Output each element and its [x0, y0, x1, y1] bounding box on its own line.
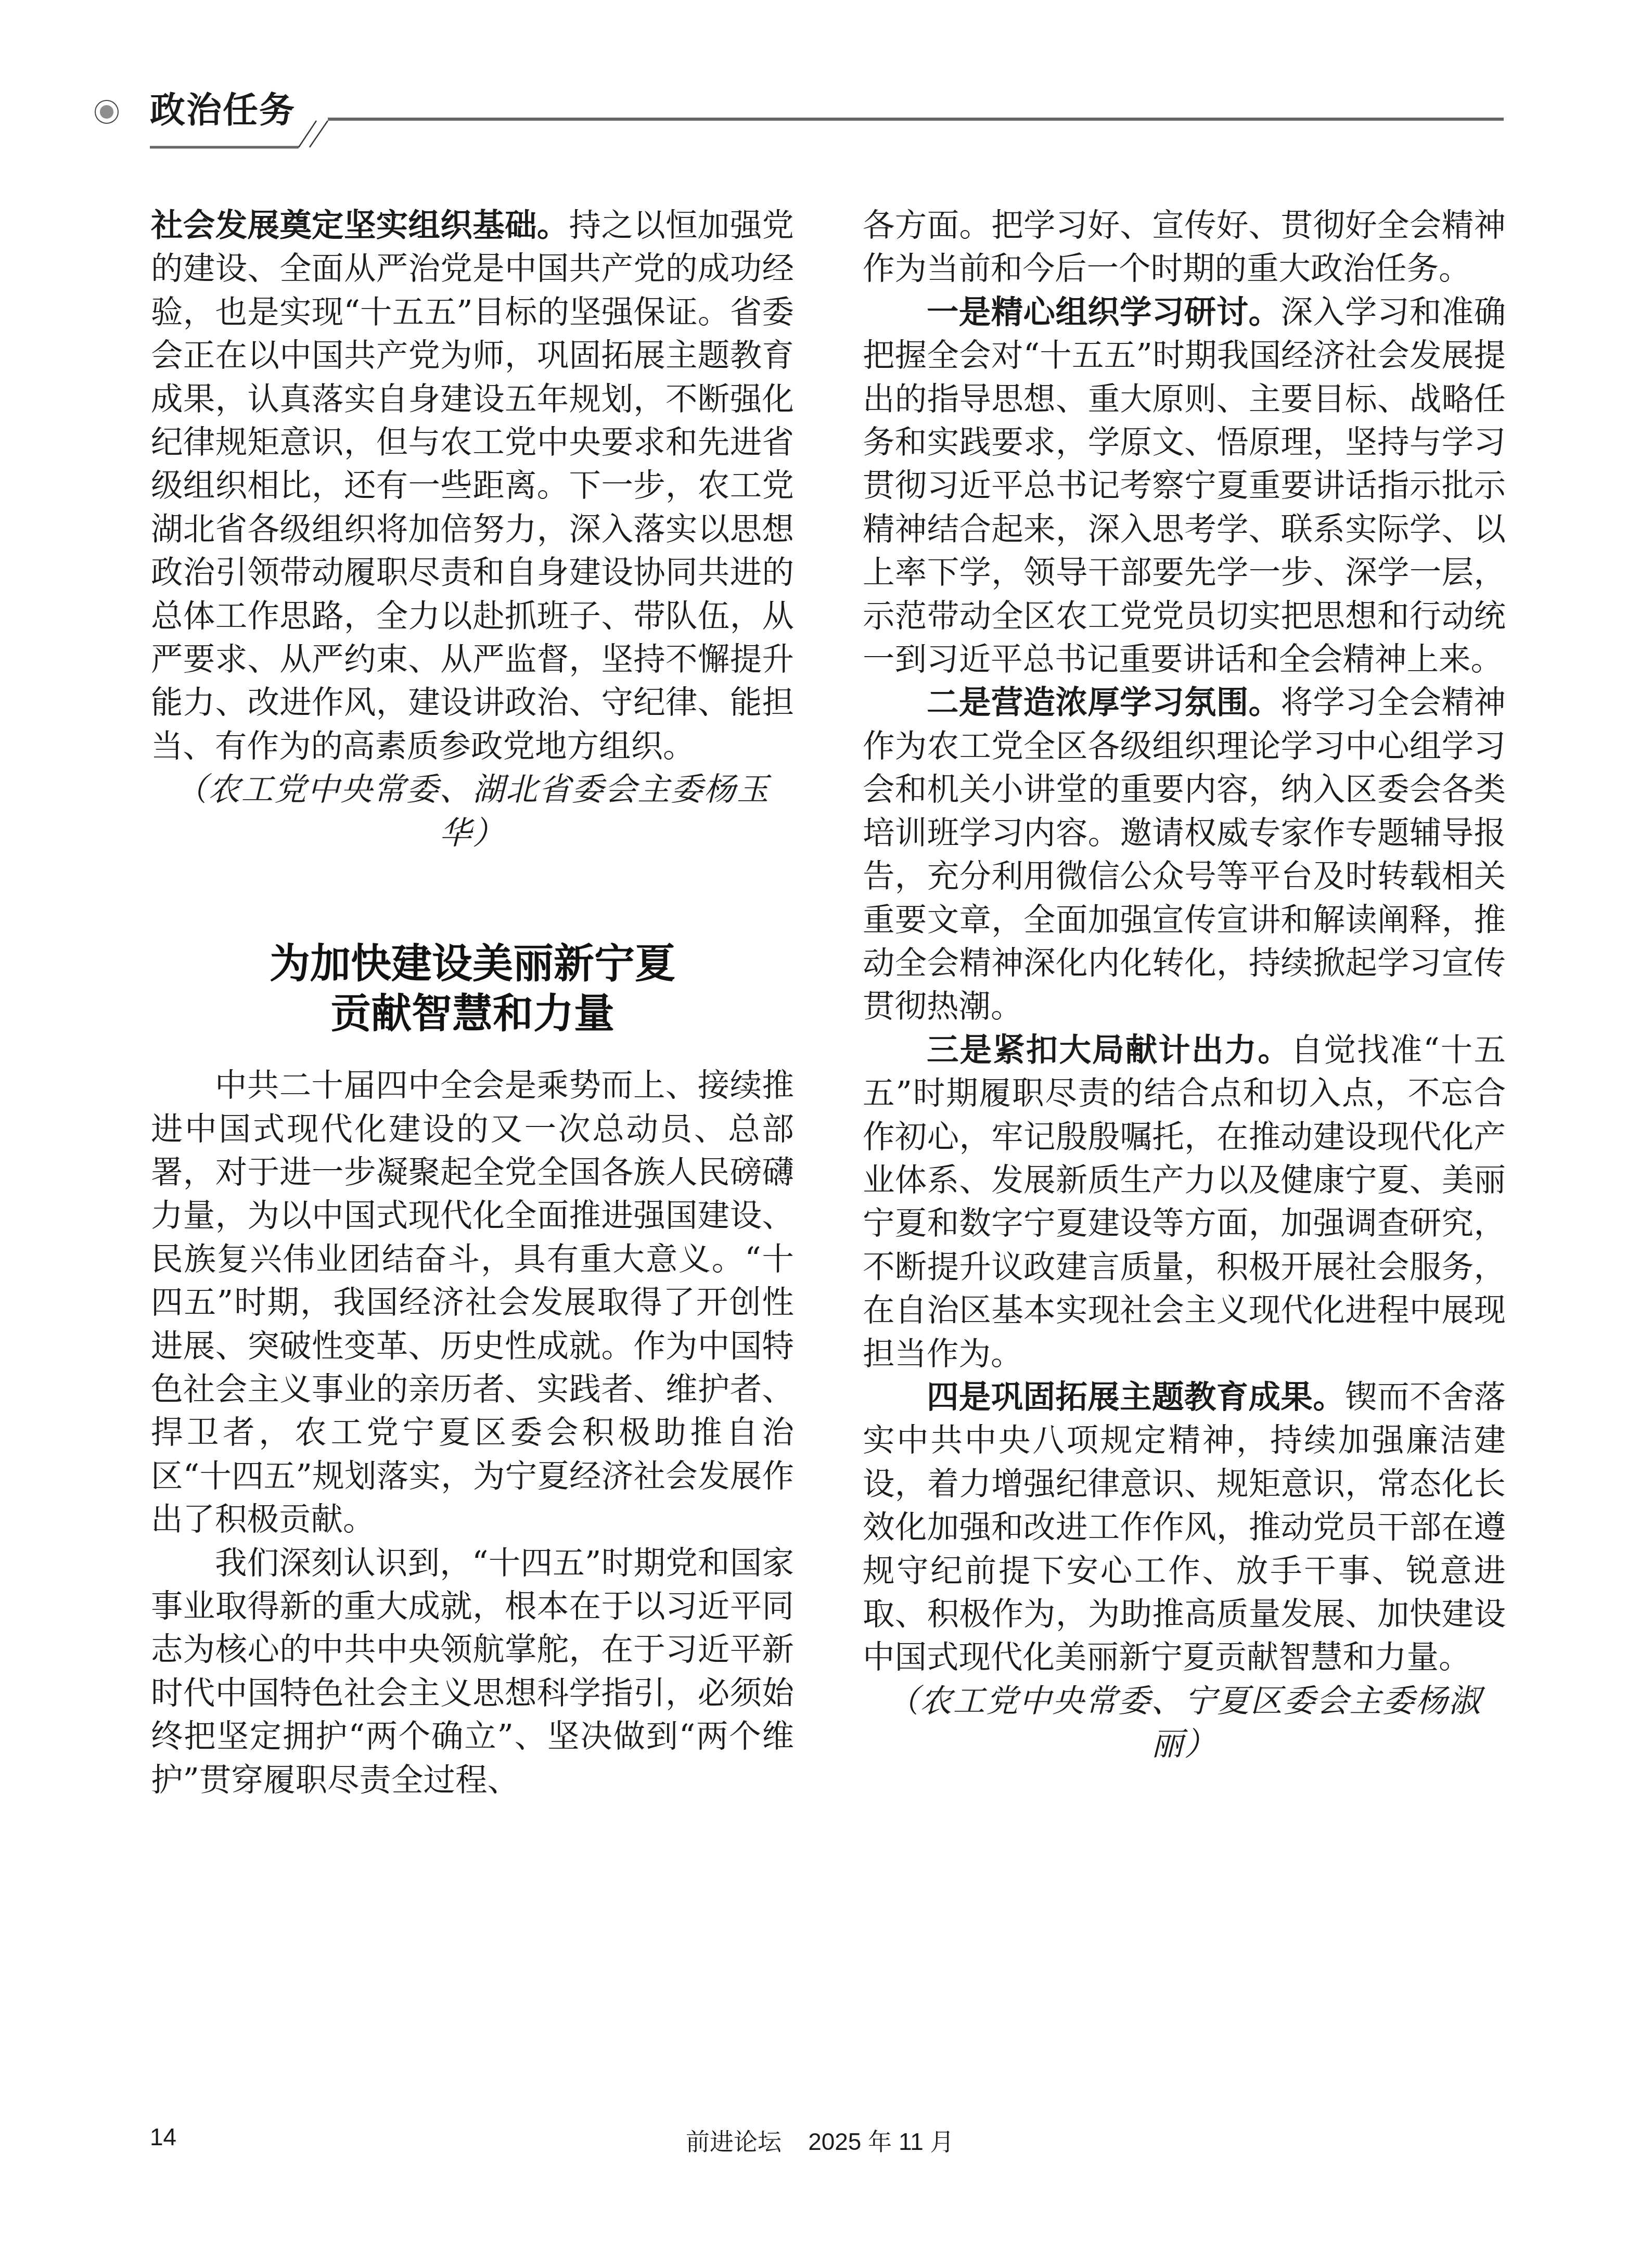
paragraph-text: 各方面。把学习好、宣传好、贯彻好全会精神作为当前和今后一个时期的重大政治任务。: [863, 204, 1506, 291]
headline-line-2: 贡献智慧和力量: [151, 989, 794, 1039]
publication-name: 前进论坛: [686, 2128, 782, 2155]
bold-lead-text: 二是营造浓厚学习氛围。: [927, 684, 1280, 721]
paragraph-point-1: 一是精心组织学习研讨。深入学习和准确把握全会对“十五五”时期我国经济社会发展提出…: [863, 291, 1506, 682]
bold-lead-text: 社会发展奠定坚实组织基础。: [151, 207, 569, 244]
bold-lead-text: 三是紧扣大局献计出力。: [927, 1031, 1291, 1069]
paragraph-text: 我们深刻认识到，“十四五”时期党和国家事业取得新的重大成就，根本在于以习近平同志…: [151, 1542, 794, 1802]
paragraph-point-4: 四是巩固拓展主题教育成果。锲而不舍落实中共中央八项规定精神，持续加强廉洁建设，着…: [863, 1376, 1506, 1680]
paragraph-text: 深入学习和准确把握全会对“十五五”时期我国经济社会发展提出的指导思想、重大原则、…: [863, 293, 1506, 678]
paragraph-text: 自觉找准“十五五”时期履职尽责的结合点和切入点，不忘合作初心，牢记殷殷嘱托，在推…: [863, 1031, 1506, 1373]
paragraph-text: 将学习全会精神作为农工党全区各级组织理论学习中心组学习会和机关小讲堂的重要内容，…: [863, 684, 1506, 1025]
left-column: 社会发展奠定坚实组织基础。持之以恒加强党的建设、全面从严治党是中国共产党的成功经…: [151, 204, 794, 1802]
author-attribution: （农工党中央常委、宁夏区委会主委杨淑丽）: [863, 1680, 1506, 1766]
publication-info: 前进论坛 2025 年 11 月: [686, 2123, 954, 2157]
issue-date: 2025 年 11 月: [808, 2128, 954, 2155]
paragraph-point-3: 三是紧扣大局献计出力。自觉找准“十五五”时期履职尽责的结合点和切入点，不忘合作初…: [863, 1029, 1506, 1376]
author-attribution: （农工党中央常委、湖北省委会主委杨玉华）: [151, 768, 794, 855]
paragraph-continuation: 社会发展奠定坚实组织基础。持之以恒加强党的建设、全面从严治党是中国共产党的成功经…: [151, 204, 794, 768]
paragraph-text: 中共二十届四中全会是乘势而上、接续推进中国式现代化建设的又一次总动员、总部署，对…: [151, 1064, 794, 1541]
bold-lead-text: 一是精心组织学习研讨。: [927, 293, 1280, 331]
bold-lead-text: 四是巩固拓展主题教育成果。: [927, 1378, 1345, 1416]
paragraph-text: 持之以恒加强党的建设、全面从严治党是中国共产党的成功经验，也是实现“十五五”目标…: [151, 207, 794, 765]
paragraph-text: 锲而不舍落实中共中央八项规定精神，持续加强廉洁建设，着力增强纪律意识、规矩意识，…: [863, 1378, 1506, 1676]
paragraph-point-2: 二是营造浓厚学习氛围。将学习全会精神作为农工党全区各级组织理论学习中心组学习会和…: [863, 681, 1506, 1028]
headline-line-1: 为加快建设美丽新宁夏: [151, 939, 794, 989]
page-number: 14: [150, 2123, 176, 2151]
page-header: 政治任务: [0, 0, 1652, 166]
article-headline: 为加快建设美丽新宁夏 贡献智慧和力量: [151, 939, 794, 1039]
right-column: 各方面。把学习好、宣传好、贯彻好全会精神作为当前和今后一个时期的重大政治任务。 …: [863, 204, 1506, 1766]
header-rule-lines: [0, 0, 1652, 166]
